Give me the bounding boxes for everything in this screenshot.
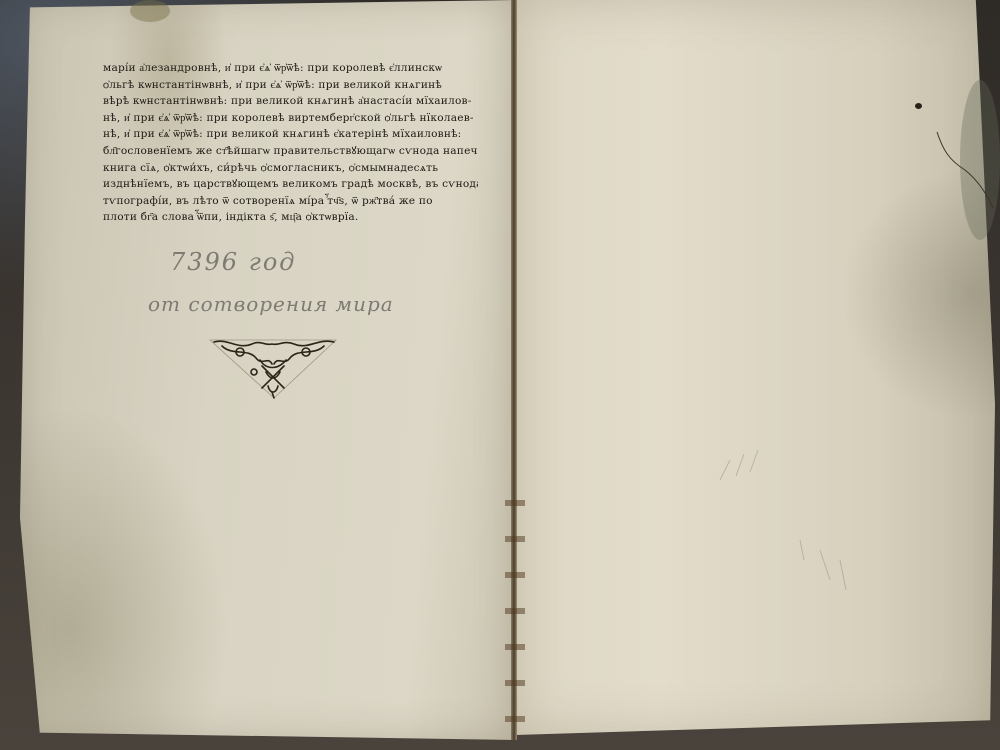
gutter-damage — [505, 470, 525, 730]
handwritten-phrase: от сотворения мира — [148, 292, 394, 316]
paper-crack — [935, 130, 995, 210]
text-line: книга сїѧ, ѻ҆ктѡи́хъ, си́рѣчь ѻ҆смогласн… — [103, 160, 478, 177]
printed-text-block: марі́и а҆лезандровнѣ, и҆ при є҆ѧ҆ ѿр҆ѿѣ:… — [103, 60, 478, 226]
text-line: плоти бг҃а слова ⷥ҃ѿпи, індікта ѕ҃, мц҃а… — [103, 209, 478, 226]
open-book: марі́и а҆лезандровнѣ, и҆ при є҆ѧ҆ ѿр҆ѿѣ:… — [0, 0, 1000, 750]
text-line: вѣрѣ кѡнстантінѡвнѣ: при великой кнѧгинѣ… — [103, 93, 478, 110]
text-line: нѣ, и҆ при є҆ѧ҆ ѿр҆ѿѣ: при великой кнѧги… — [103, 126, 478, 143]
text-line: нѣ, и҆ при є҆ѧ҆ ѿр҆ѿѣ: при королевѣ вирт… — [103, 110, 478, 127]
text-line: изднѣнїемъ, въ царствꙋющемъ великомъ гра… — [103, 176, 478, 193]
ornament-icon — [208, 336, 338, 402]
wormhole — [915, 103, 922, 109]
text-line: марі́и а҆лезандровнѣ, и҆ при є҆ѧ҆ ѿр҆ѿѣ:… — [103, 60, 478, 77]
text-line: тѵпографі́и, въ лѣто ѿ сотворенїѧ мі́ра … — [103, 193, 478, 210]
handwritten-year: 7396 год — [170, 248, 297, 276]
right-page — [515, 0, 995, 735]
text-line: бл҃гословенїемъ же ст҃ѣйшагѡ правительст… — [103, 143, 478, 160]
faint-pencil-marks — [680, 380, 900, 600]
text-line: ѻ҆льгѣ кѡнстантінѡвнѣ, и҆ при є҆ѧ҆ ѿр҆ѿѣ… — [103, 77, 478, 94]
stain-top — [130, 0, 170, 22]
